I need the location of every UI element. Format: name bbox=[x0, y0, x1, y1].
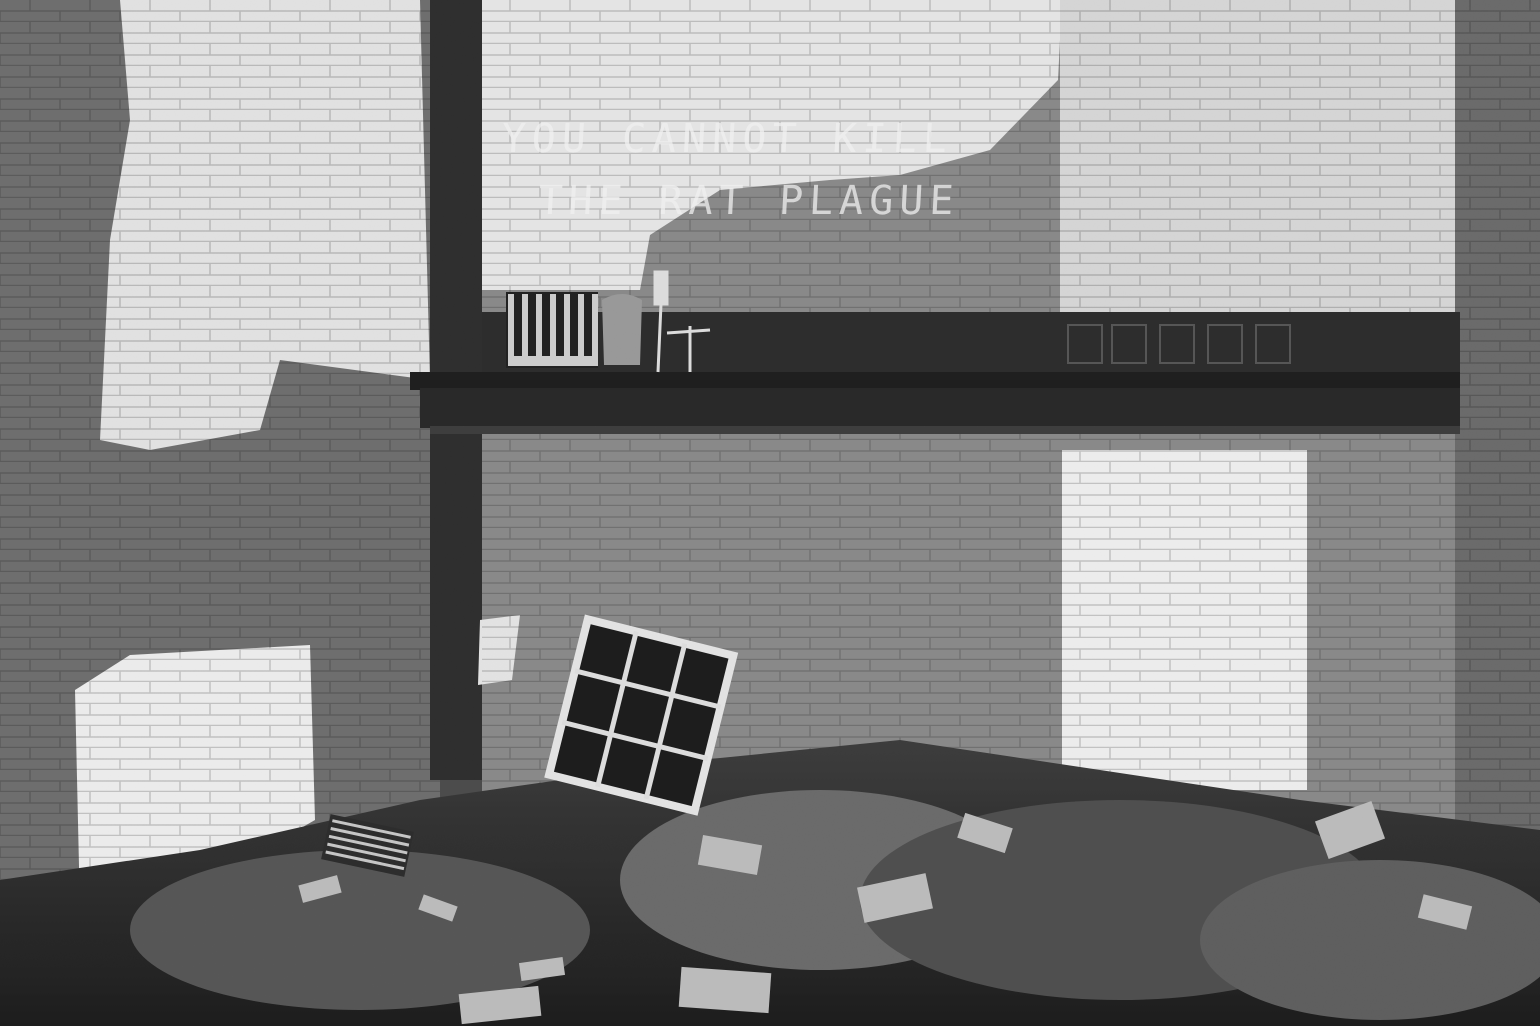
graffiti-line-1: You cannot kill bbox=[500, 108, 983, 170]
photograph: You cannot kill the rat plague bbox=[0, 0, 1540, 1026]
graffiti-line-2: the rat plague bbox=[497, 170, 980, 232]
wall-graffiti: You cannot kill the rat plague bbox=[497, 108, 983, 232]
